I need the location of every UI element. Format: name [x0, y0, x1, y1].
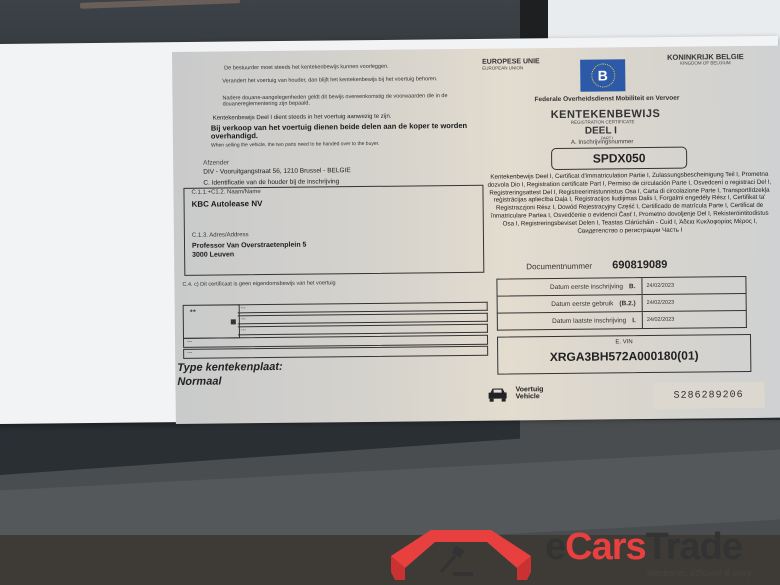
date-code: B. — [629, 283, 636, 290]
document-title-en: REGISTRATION CERTIFICATE — [571, 119, 635, 125]
holder-section-title: C. Identificatie van de houder bij de in… — [203, 178, 339, 186]
instruction-text: Kentekenbewijs Deel I dient steeds in he… — [213, 114, 392, 122]
date-value: 24/02/2023 — [642, 277, 745, 294]
instruction-text: Verandert het voertuig van houder, dan b… — [222, 76, 452, 84]
date-value: 24/02/2023 — [643, 294, 746, 311]
country-code: B — [598, 67, 608, 83]
ecarstrade-watermark: eCarsTrade electronic, efficient & easy — [385, 528, 780, 583]
eu-flag-icon: B — [580, 59, 625, 91]
car-icon — [487, 386, 509, 402]
grid-row: --- — [183, 346, 488, 359]
instruction-text-bold: Bij verkoop van het voertuig dienen beid… — [211, 122, 471, 141]
date-code: (B.2.) — [619, 300, 635, 307]
instruction-text: De bestuurder moet steeds het kentekenbe… — [224, 64, 389, 72]
ownership-note: C.4. c) Dit certificaat is geen eigendom… — [182, 280, 335, 288]
multilingual-title: Kentekenbewijs Deel I, Certificat d'imma… — [485, 171, 774, 236]
grid-row: --- — [238, 302, 488, 314]
date-label: Datum eerste inschrijving — [550, 283, 623, 291]
holder-name-label: C.1.1.+C1.2. Naam/Name — [191, 189, 260, 196]
date-label: Datum laatste inschrijving — [552, 317, 626, 325]
agency-name: Federale Overheidsdienst Mobiliteit en V… — [534, 95, 679, 104]
kingdom-label-en: KINGDOM OF BELGIUM — [680, 60, 731, 66]
grid-row: --- — [238, 324, 488, 336]
date-row: Datum laatste inschrijvingI. 24/02/2023 — [497, 311, 747, 331]
date-value: 24/02/2023 — [643, 311, 746, 328]
registration-number-label: A. Inschrijvingsnummer — [571, 139, 633, 146]
vin-label: E. VIN — [498, 338, 750, 347]
vin-box: E. VIN XRGA3BH572A000180(01) — [497, 334, 751, 375]
brand-name: eCarsTrade — [545, 526, 742, 569]
plate-type-label: Type kentekenplaat: — [177, 361, 282, 374]
brand-tagline: electronic, efficient & easy — [647, 568, 752, 578]
registration-certificate: De bestuurder moet steeds het kentekenbe… — [172, 46, 780, 424]
date-code: I. — [632, 317, 636, 324]
sender-value: DIV - Vooruitgangstraat 56, 1210 Brussel… — [203, 167, 350, 176]
vin-value: XRGA3BH572A000180(01) — [498, 348, 750, 365]
holder-address-label: C.1.3. Adres/Address — [192, 232, 249, 239]
instruction-text-en: When selling the vehicle, the two parts … — [211, 141, 380, 149]
sender-label: Afzender — [203, 159, 229, 166]
square-marker-icon — [231, 319, 236, 324]
stars-marker: ** — [190, 308, 196, 317]
holder-name-value: KBC Autolease NV — [192, 199, 263, 209]
grid-row: --- — [238, 313, 488, 325]
serial-number: S286289206 — [652, 382, 764, 409]
document-number-value: 690819089 — [612, 259, 667, 272]
dates-table: Datum eerste inschrijvingB. 24/02/2023 D… — [496, 276, 747, 331]
eu-label-en: EUROPEAN UNION — [482, 65, 523, 70]
instruction-text: Nadere douane-aangelegenheden geldt dit … — [222, 93, 452, 107]
vehicle-label-en: Vehicle — [516, 393, 544, 400]
auction-roof-icon — [391, 528, 531, 580]
holder-address-line2: 3000 Leuven — [192, 251, 234, 258]
registration-plate: SPDX050 — [551, 147, 687, 170]
extra-info-grid: ** --- --- --- --- --- — [183, 302, 489, 360]
document-number-label: Documentnummer — [526, 262, 592, 272]
grid-cell: ** — [183, 304, 240, 339]
vehicle-label: Voertuig Vehicle — [516, 386, 544, 400]
date-label: Datum eerste gebruik — [551, 300, 613, 308]
plate-type-value: Normaal — [177, 376, 221, 388]
holder-address-line1: Professor Van Overstraetenplein 5 — [192, 242, 306, 250]
